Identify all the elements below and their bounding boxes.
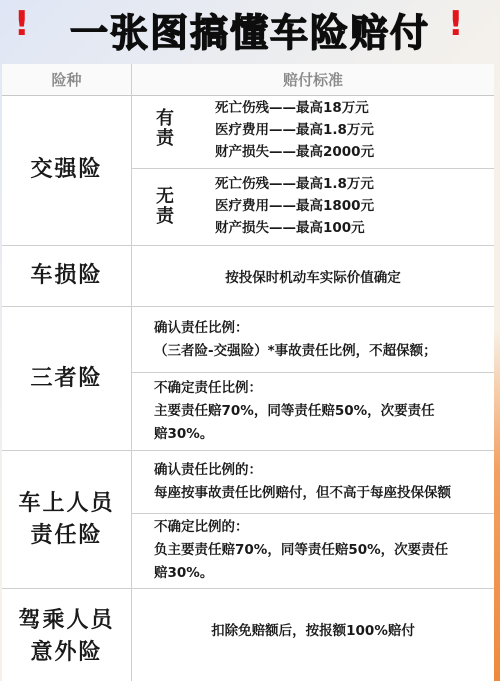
- item-line: 财产损失——最高100元: [215, 217, 374, 239]
- item-line: 死亡伤残——最高18万元: [215, 97, 374, 119]
- table-row-driver-passenger-accident: 驾乘人员 意外险 扣除免赔额后，按报额100%赔付: [2, 589, 494, 681]
- table-row-third-party: 三者险 确认责任比例： （三者险-交强险）*事故责任比例，不超保额； 不确定责任…: [2, 307, 494, 451]
- table-row-vehicle-damage: 车损险 按投保时机动车实际价值确定: [2, 246, 494, 307]
- section-heading: 确认责任比例的：: [154, 459, 492, 482]
- exclamation-icon-right: !: [448, 4, 464, 44]
- title-text: 一张图搞懂车险赔付: [70, 2, 430, 57]
- claim-standard-cell: 按投保时机动车实际价值确定: [132, 246, 494, 306]
- claim-standard-cell: 确认责任比例： （三者险-交强险）*事故责任比例，不超保额； 不确定责任比例： …: [132, 307, 494, 450]
- table-row-passenger-liability: 车上人员 责任险 确认责任比例的： 每座按事故责任比例赔付，但不高于每座投保保额…: [2, 451, 494, 589]
- claim-standard-cell: 扣除免赔额后，按报额100%赔付: [132, 589, 494, 681]
- section-line: （三者险-交强险）*事故责任比例，不超保额；: [154, 340, 484, 363]
- no-liability-group: 无责 死亡伤残——最高1.8万元 医疗费用——最高1800元 财产损失——最高1…: [132, 168, 494, 246]
- section-heading: 确认责任比例：: [154, 317, 484, 340]
- table-header: 险种 赔付标准: [2, 64, 494, 96]
- claim-standard-cell: 有责 死亡伤残——最高18万元 医疗费用——最高1.8万元 财产损失——最高20…: [132, 95, 494, 245]
- confirmed-ratio-section: 确认责任比例： （三者险-交强险）*事故责任比例，不超保额；: [132, 307, 494, 372]
- item-line: 财产损失——最高2000元: [215, 141, 374, 163]
- section-heading: 不确定责任比例：: [154, 377, 484, 400]
- section-line: 负主要责任赔70%，同等责任赔50%，次要责任: [154, 539, 484, 562]
- insurance-type-name: 三者险: [30, 363, 102, 395]
- claim-text: 按投保时机动车实际价值确定: [132, 246, 494, 306]
- insurance-type-cell: 交强险: [2, 95, 132, 245]
- insurance-type-cell: 车损险: [2, 246, 132, 306]
- claim-text: 扣除免赔额后，按报额100%赔付: [132, 589, 494, 669]
- exclamation-icon-left: !: [14, 4, 30, 44]
- section-line: 每座按事故责任比例赔付，但不高于每座投保保额: [154, 482, 492, 505]
- liability-tag: 有责: [154, 109, 176, 149]
- unconfirmed-ratio-section: 不确定比例的： 负主要责任赔70%，同等责任赔50%，次要责任 赔30%。: [132, 513, 494, 589]
- claim-standard-cell: 确认责任比例的： 每座按事故责任比例赔付，但不高于每座投保保额 不确定比例的： …: [132, 451, 494, 588]
- header-insurance-type: 险种: [2, 64, 132, 95]
- insurance-type-name: 交强险: [30, 154, 102, 186]
- liability-items: 死亡伤残——最高1.8万元 医疗费用——最高1800元 财产损失——最高100元: [215, 173, 374, 239]
- item-line: 死亡伤残——最高1.8万元: [215, 173, 374, 195]
- unconfirmed-ratio-section: 不确定责任比例： 主要责任赔70%，同等责任赔50%，次要责任 赔30%。: [132, 372, 494, 451]
- confirmed-ratio-section: 确认责任比例的： 每座按事故责任比例赔付，但不高于每座投保保额: [132, 451, 494, 513]
- insurance-type-name: 车损险: [30, 260, 102, 292]
- section-line: 主要责任赔70%，同等责任赔50%，次要责任: [154, 400, 484, 423]
- header-claim-standard: 赔付标准: [132, 64, 494, 95]
- page-title: ! 一张图搞懂车险赔付 !: [0, 0, 500, 56]
- decorative-edge-strip: [494, 330, 500, 681]
- insurance-type-cell: 车上人员 责任险: [2, 451, 132, 588]
- item-line: 医疗费用——最高1800元: [215, 195, 374, 217]
- insurance-type-cell: 三者险: [2, 307, 132, 450]
- table-row-compulsory: 交强险 有责 死亡伤残——最高18万元 医疗费用——最高1.8万元 财产损失——…: [2, 95, 494, 246]
- liability-group: 有责 死亡伤残——最高18万元 医疗费用——最高1.8万元 财产损失——最高20…: [132, 95, 494, 168]
- insurance-claims-table: 险种 赔付标准 交强险 有责 死亡伤残——最高18万元 医疗费用——最高1.8万…: [2, 64, 494, 681]
- insurance-type-cell: 驾乘人员 意外险: [2, 589, 132, 681]
- section-heading: 不确定比例的：: [154, 516, 484, 539]
- liability-tag: 无责: [154, 187, 176, 227]
- section-line: 赔30%。: [154, 562, 484, 585]
- insurance-type-name: 车上人员 责任险: [18, 488, 114, 552]
- liability-items: 死亡伤残——最高18万元 医疗费用——最高1.8万元 财产损失——最高2000元: [215, 97, 374, 163]
- section-line: 赔30%。: [154, 423, 484, 446]
- insurance-type-name: 驾乘人员 意外险: [18, 605, 114, 669]
- item-line: 医疗费用——最高1.8万元: [215, 119, 374, 141]
